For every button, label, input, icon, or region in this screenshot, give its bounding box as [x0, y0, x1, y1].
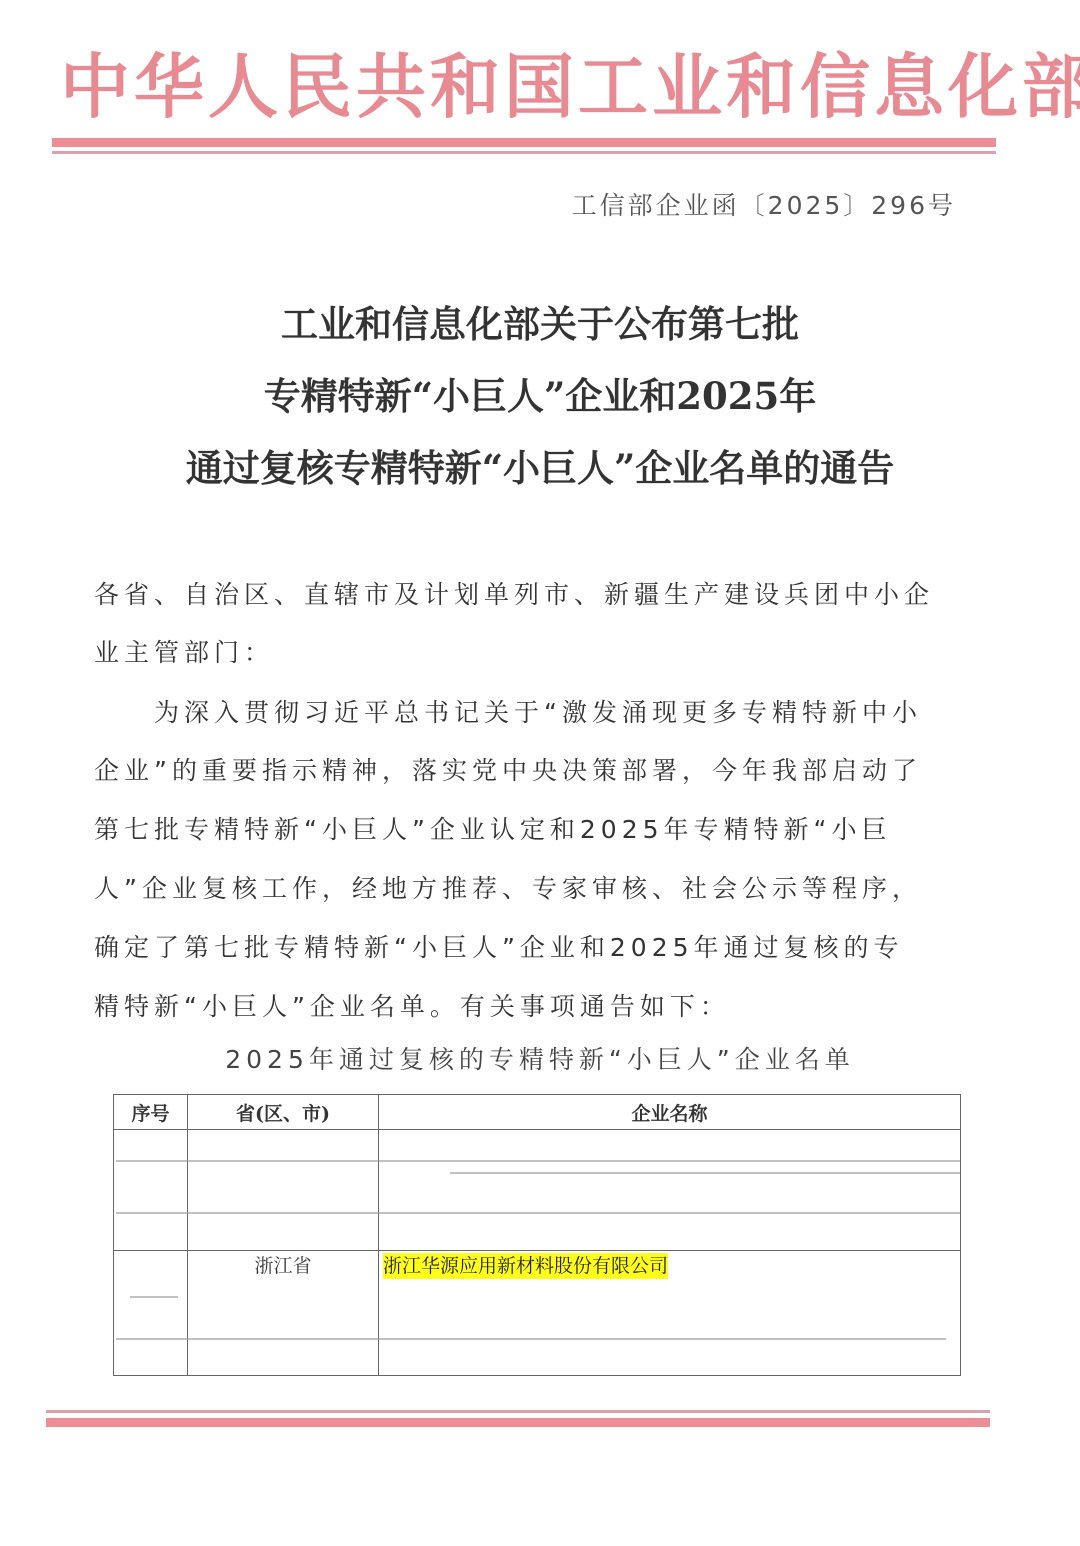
title-line-3: 通过复核专精特新“小巨人”企业名单的通告 [0, 446, 1080, 490]
table-header-row: 序号 省(区、市) 企业名称 [114, 1095, 961, 1130]
addressee-line-2: 业主管部门： [94, 624, 960, 682]
cell-index [114, 1130, 188, 1251]
table-caption: 2025年通过复核的专精特新“小巨人”企业名单 [0, 1040, 1080, 1076]
letterhead-org-name: 中华人民共和国工业和信息化部 [60, 44, 1020, 130]
cell-index [114, 1251, 188, 1376]
paragraph-line-1: 为深入贯彻习近平总书记关于“激发涌现更多专精特新中小 [94, 684, 960, 742]
addressee-line-1: 各省、自治区、直辖市及计划单列市、新疆生产建设兵团中小企 [94, 566, 960, 624]
cell-province [188, 1130, 379, 1251]
redaction-line [116, 1212, 960, 1214]
footer-rule-thick [46, 1418, 990, 1427]
paragraph-line-4: 人”企业复核工作，经地方推荐、专家审核、社会公示等程序， [94, 860, 960, 918]
title-line-2: 专精特新“小巨人”企业和2025年 [0, 374, 1080, 418]
footer-rule-thin [46, 1410, 990, 1413]
paragraph-line-3: 第七批专精特新“小巨人”企业认定和2025年专精特新“小巨 [94, 801, 960, 859]
paragraph-line-5: 确定了第七批专精特新“小巨人”企业和2025年通过复核的专 [94, 919, 960, 977]
redaction-line [450, 1172, 960, 1174]
document-number: 工信部企业函〔2025〕296号 [572, 186, 956, 222]
paragraph-line-2: 企业”的重要指示精神，落实党中央决策部署，今年我部启动了 [94, 742, 960, 800]
highlighted-company-name: 浙江华源应用新材料股份有限公司 [383, 1253, 668, 1279]
letterhead-rule-thin [52, 151, 996, 154]
company-list-table: 序号 省(区、市) 企业名称 浙江省 浙江华源应用新材料股份有限公司 [113, 1094, 961, 1376]
header-province: 省(区、市) [188, 1095, 379, 1130]
table-row: 浙江省 浙江华源应用新材料股份有限公司 [114, 1251, 961, 1376]
redaction-line [116, 1160, 960, 1162]
header-index: 序号 [114, 1095, 188, 1130]
letterhead-rule-thick [52, 138, 996, 147]
redaction-line [130, 1296, 178, 1298]
header-company: 企业名称 [379, 1095, 961, 1130]
paragraph-line-6: 精特新“小巨人”企业名单。有关事项通告如下： [94, 978, 960, 1036]
table-row [114, 1130, 961, 1251]
redaction-line [116, 1338, 946, 1340]
title-line-1: 工业和信息化部关于公布第七批 [0, 302, 1080, 346]
cell-company [379, 1130, 961, 1251]
cell-province: 浙江省 [188, 1251, 379, 1376]
